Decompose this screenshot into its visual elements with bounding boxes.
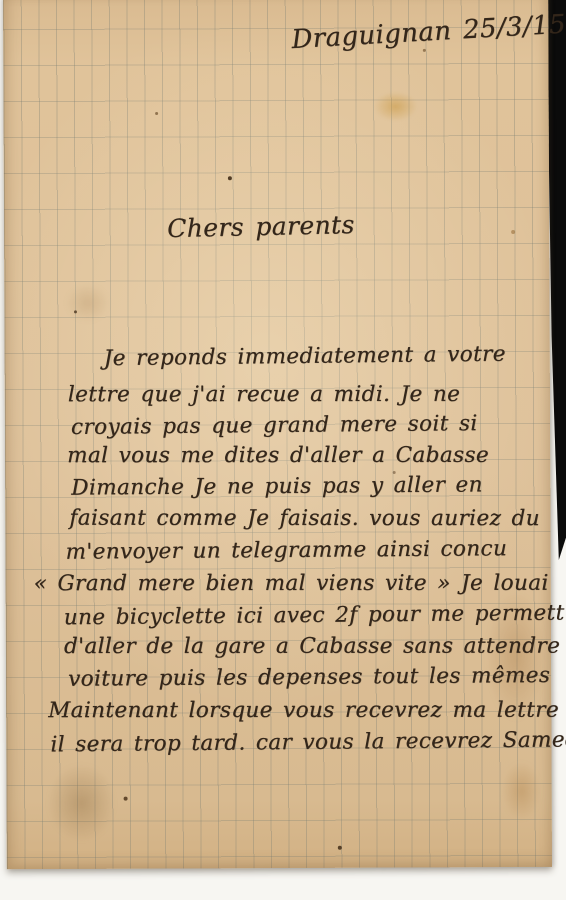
handwriting-line: lettre que j'ai recue a midi. Je ne [68,382,460,407]
handwriting-line: d'aller de la gare a Cabasse sans attend… [64,634,566,659]
paper-stain [64,283,110,323]
letter-photo: Draguignan 25/3/15 Chers parents Je repo… [0,0,566,900]
salutation: Chers parents [167,210,355,243]
handwriting-line: croyais pas que grand mere soit si [71,411,478,440]
handwriting-line: Dimanche Je ne puis pas y aller en [71,472,483,500]
paper-stain [501,761,541,821]
handwriting-line: voiture puis les depenses tout les mêmes [68,663,550,692]
handwriting-line: une bicyclette ici avec 2f pour me perme… [64,600,566,630]
handwriting-line: il sera trop tard. car vous la recevrez … [50,727,566,757]
handwriting-line: « Grand mere bien mal viens vite » Je lo… [34,571,549,596]
handwriting-line: m'envoyer un telegramme ainsi concu [65,536,507,564]
handwriting-line: faisant comme Je faisais. vous auriez du [69,506,540,531]
handwriting-line: Maintenant lorsque vous recevrez ma lett… [48,698,559,723]
date-line: Draguignan 25/3/15 [291,10,566,56]
letter-paper: Draguignan 25/3/15 Chers parents Je repo… [3,0,552,869]
handwriting-line: mal vous me dites d'aller a Cabasse [67,443,489,468]
paper-stain [46,763,116,843]
handwriting-line: Je reponds immediatement a votre [104,342,506,372]
paper-stain [374,91,418,121]
